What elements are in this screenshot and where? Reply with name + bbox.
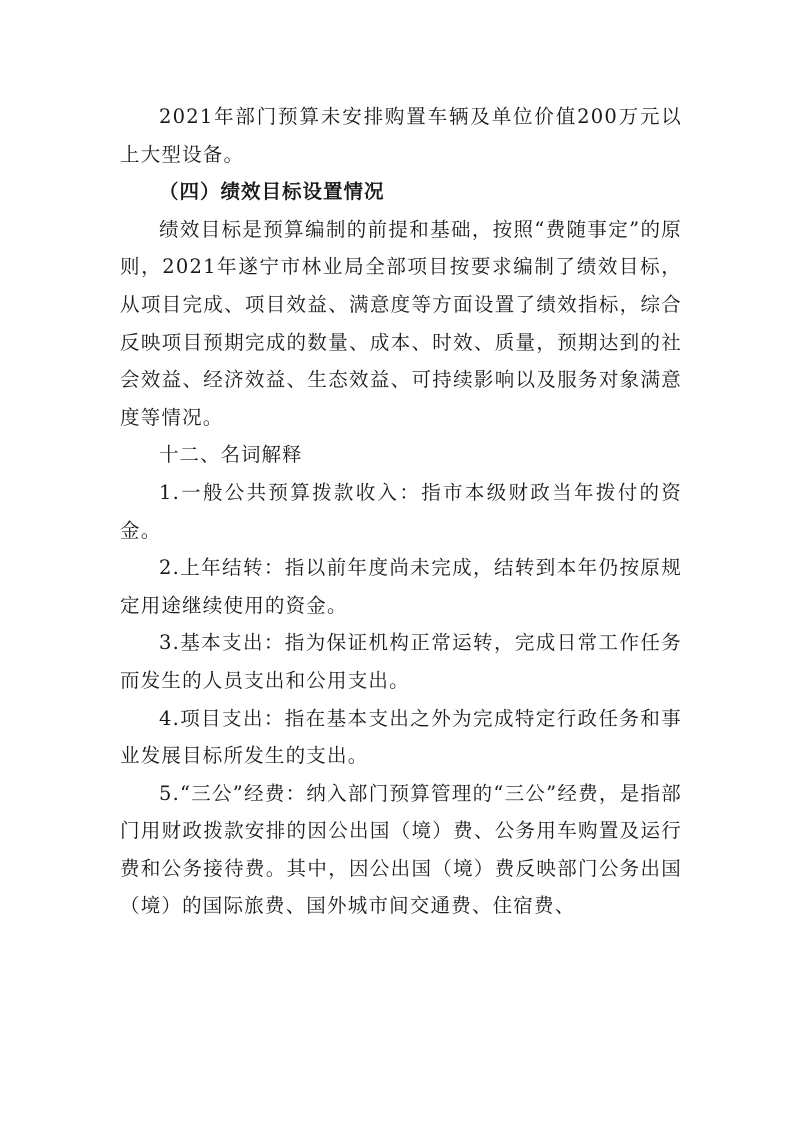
glossary-item-general-budget: 1.一般公共预算拨款收入：指市本级财政当年拨付的资金。 [120,474,682,549]
paragraph-performance-goals: 绩效目标是预算编制的前提和基础，按照“费随事定”的原则，2021年遂宁市林业局全… [120,211,682,437]
glossary-item-basic-expenditure: 3.基本支出：指为保证机构正常运转，完成日常工作任务而发生的人员支出和公用支出。 [120,624,682,699]
glossary-item-carryover: 2.上年结转：指以前年度尚未完成，结转到本年仍按原规定用途继续使用的资金。 [120,549,682,624]
document-page: 2021年部门预算未安排购置车辆及单位价值200万元以上大型设备。 （四）绩效目… [120,98,682,925]
subheading-performance-goals: （四）绩效目标设置情况 [120,173,682,211]
glossary-item-project-expenditure: 4.项目支出：指在基本支出之外为完成特定行政任务和事业发展目标所发生的支出。 [120,700,682,775]
glossary-item-three-public-expenses: 5.“三公”经费：纳入部门预算管理的“三公”经费，是指部门用财政拨款安排的因公出… [120,775,682,925]
section-heading-glossary: 十二、名词解释 [120,436,682,474]
paragraph-vehicle-equipment: 2021年部门预算未安排购置车辆及单位价值200万元以上大型设备。 [120,98,682,173]
